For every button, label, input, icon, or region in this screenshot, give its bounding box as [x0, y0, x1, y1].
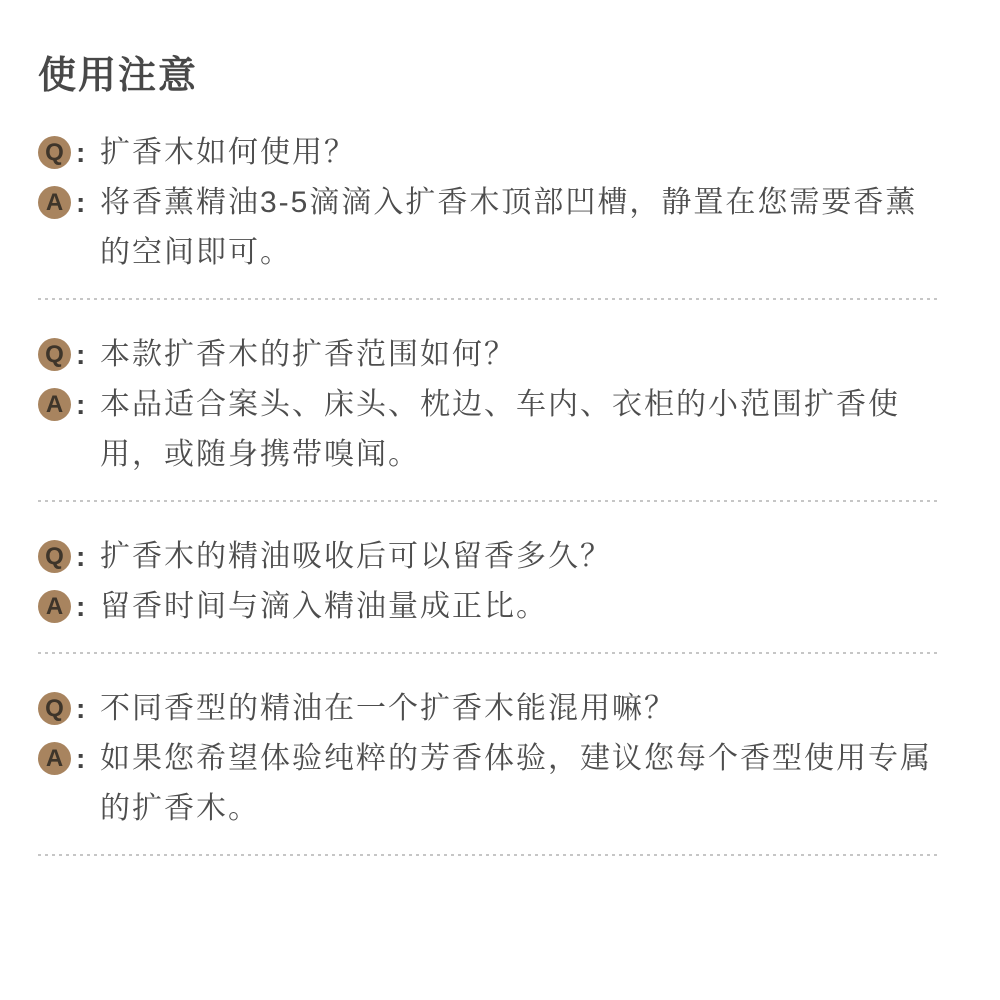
q-colon: : [76, 692, 85, 725]
answer-badge-cell: A : [38, 186, 100, 219]
a-colon: : [76, 590, 85, 623]
a-colon: : [76, 742, 85, 775]
question-text: 扩香木如何使用？ [100, 128, 937, 178]
question-badge-cell: Q : [38, 136, 100, 169]
question-row: Q : 扩香木的精油吸收后可以留香多久？ [38, 532, 937, 582]
faq-section: Q : 不同香型的精油在一个扩香木能混用嘛？ A : 如果您希望体验纯粹的芳香体… [38, 654, 937, 856]
faq-section: Q : 本款扩香木的扩香范围如何？ A : 本品适合案头、床头、枕边、车内、衣柜… [38, 300, 937, 502]
a-colon: : [76, 186, 85, 219]
a-colon: : [76, 388, 85, 421]
question-badge-cell: Q : [38, 540, 100, 573]
answer-text: 留香时间与滴入精油量成正比。 [100, 582, 937, 632]
q-badge-icon: Q [38, 338, 71, 371]
answer-badge-cell: A : [38, 742, 100, 775]
dashed-divider [38, 854, 937, 856]
question-text: 本款扩香木的扩香范围如何？ [100, 330, 937, 380]
answer-text: 本品适合案头、床头、枕边、车内、衣柜的小范围扩香使用，或随身携带嗅闻。 [100, 380, 937, 480]
question-badge-cell: Q : [38, 338, 100, 371]
question-row: Q : 不同香型的精油在一个扩香木能混用嘛？ [38, 684, 937, 734]
answer-row: A : 如果您希望体验纯粹的芳香体验，建议您每个香型使用专属的扩香木。 [38, 734, 937, 834]
a-badge-icon: A [38, 186, 71, 219]
faq-section: Q : 扩香木的精油吸收后可以留香多久？ A : 留香时间与滴入精油量成正比。 [38, 502, 937, 654]
answer-row: A : 留香时间与滴入精油量成正比。 [38, 582, 937, 632]
question-badge-cell: Q : [38, 692, 100, 725]
page-title: 使用注意 [38, 0, 937, 98]
a-badge-icon: A [38, 590, 71, 623]
q-colon: : [76, 540, 85, 573]
answer-text: 如果您希望体验纯粹的芳香体验，建议您每个香型使用专属的扩香木。 [100, 734, 937, 834]
product-faq-page: 使用注意 Q : 扩香木如何使用？ A : 将香薰精油3-5滴滴入扩香木顶部凹槽… [0, 0, 1000, 1000]
answer-row: A : 将香薰精油3-5滴滴入扩香木顶部凹槽，静置在您需要香薰的空间即可。 [38, 178, 937, 278]
answer-row: A : 本品适合案头、床头、枕边、车内、衣柜的小范围扩香使用，或随身携带嗅闻。 [38, 380, 937, 480]
q-colon: : [76, 136, 85, 169]
answer-badge-cell: A : [38, 590, 100, 623]
q-badge-icon: Q [38, 136, 71, 169]
question-row: Q : 扩香木如何使用？ [38, 128, 937, 178]
a-badge-icon: A [38, 388, 71, 421]
question-text: 不同香型的精油在一个扩香木能混用嘛？ [100, 684, 937, 734]
faq-section: Q : 扩香木如何使用？ A : 将香薰精油3-5滴滴入扩香木顶部凹槽，静置在您… [38, 98, 937, 300]
question-text: 扩香木的精油吸收后可以留香多久？ [100, 532, 937, 582]
faq-list: Q : 扩香木如何使用？ A : 将香薰精油3-5滴滴入扩香木顶部凹槽，静置在您… [38, 98, 937, 856]
question-row: Q : 本款扩香木的扩香范围如何？ [38, 330, 937, 380]
answer-badge-cell: A : [38, 388, 100, 421]
q-colon: : [76, 338, 85, 371]
q-badge-icon: Q [38, 692, 71, 725]
a-badge-icon: A [38, 742, 71, 775]
answer-text: 将香薰精油3-5滴滴入扩香木顶部凹槽，静置在您需要香薰的空间即可。 [100, 178, 937, 278]
q-badge-icon: Q [38, 540, 71, 573]
